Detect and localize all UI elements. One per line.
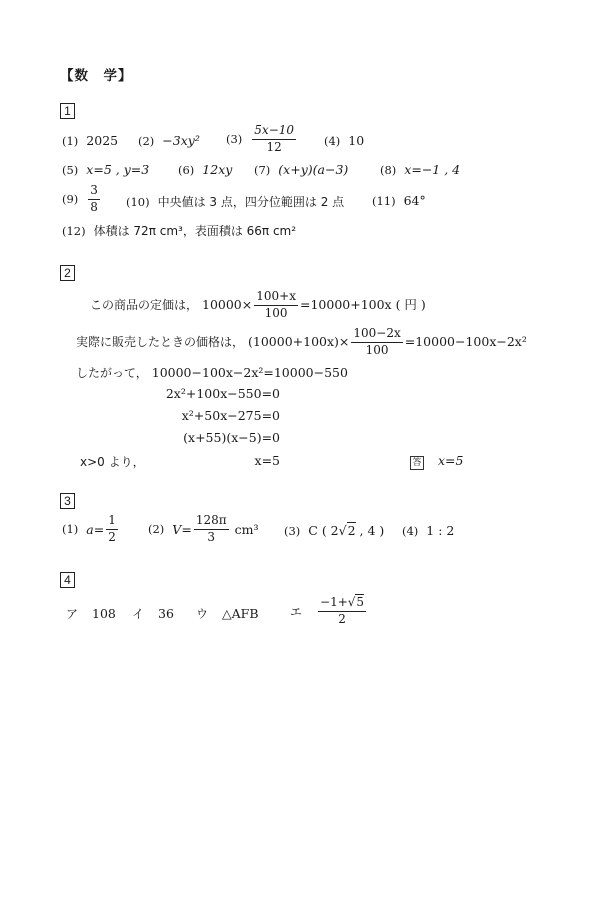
s2-line7-condition: x>0 より， — [80, 453, 145, 470]
s4-e: エ−1+√52 — [290, 596, 368, 627]
s1-q4: (4)10 — [324, 133, 364, 148]
s1-q11: (11)64° — [372, 193, 426, 208]
s1-q2: (2)−3xy² — [138, 133, 200, 148]
page-title: 【数 学】 — [60, 64, 133, 84]
s1-q1: (1)2025 — [62, 133, 118, 148]
section-1-number: 1 — [60, 103, 75, 119]
s2-line2: 実際に販売したときの価格は， (10000+100x)×100−2x100=10… — [76, 327, 527, 358]
s1-q3: (3)5x−1012 — [226, 124, 298, 155]
section-2-number: 2 — [60, 265, 75, 281]
s3-q2: (2)V=128π3 cm³ — [148, 514, 258, 545]
s1-q5: (5)x=5 , y=3 — [62, 162, 149, 177]
s4-u: ウ△AFB — [196, 605, 259, 622]
s1-q9: (9)38 — [62, 184, 102, 215]
s4-i: イ36 — [132, 605, 174, 622]
s1-q7: (7)(x+y)(a−3) — [254, 162, 348, 177]
s2-line7-eq: x=5 — [255, 453, 280, 468]
s2-line5: x²+50x−275=0 — [182, 408, 280, 423]
s1-q6: (6)12xy — [178, 162, 232, 177]
s3-q1: (1)a=12 — [62, 514, 120, 545]
s2-answer: 答x=5 — [410, 453, 463, 470]
answer-mark: 答 — [410, 456, 424, 470]
s2-line3: したがって， 10000−100x−2x²=10000−550 — [76, 364, 348, 381]
s1-q10: (10)中央値は 3 点，四分位範囲は 2 点 — [126, 193, 344, 210]
s1-q8: (8)x=−1 , 4 — [380, 162, 460, 177]
s2-line1: この商品の定価は， 10000×100+x100=10000+100x ( 円 … — [90, 290, 426, 321]
section-3-number: 3 — [60, 493, 75, 509]
section-4-number: 4 — [60, 572, 75, 588]
s4-a: ア108 — [66, 605, 116, 622]
s2-line6: (x+55)(x−5)=0 — [183, 430, 280, 445]
s1-q12: (12)体積は 72π cm³，表面積は 66π cm² — [62, 222, 296, 239]
s3-q3: (3)C ( 2√2 , 4 ) — [284, 523, 384, 538]
s3-q4: (4)1 : 2 — [402, 523, 454, 538]
s2-line4: 2x²+100x−550=0 — [166, 386, 280, 401]
